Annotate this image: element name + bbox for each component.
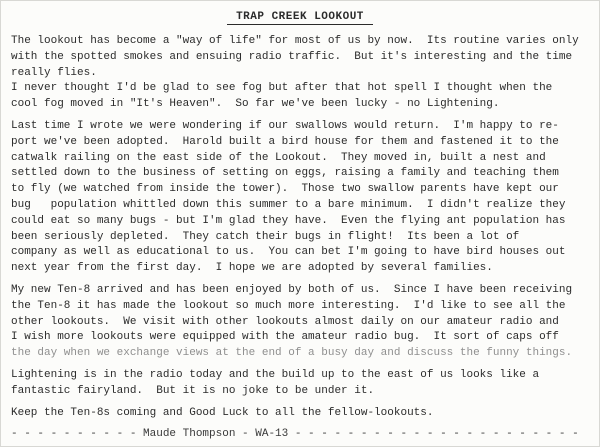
text-line: bug population whittled down this summer… (11, 198, 589, 214)
paragraph: Lightening is in the radio today and the… (11, 368, 589, 400)
paragraph: Keep the Ten-8s coming and Good Luck to … (11, 406, 589, 422)
signature-line: - - - - - - - - - - Maude Thompson - WA-… (11, 427, 589, 443)
text-line: I wish more lookouts were equipped with … (11, 330, 589, 346)
text-line: Last time I wrote we were wondering if o… (11, 119, 589, 135)
text-line: really flies. (11, 66, 589, 82)
title-row: TRAP CREEK LOOKOUT (11, 11, 589, 25)
text-line: could eat so many bugs - but I'm glad th… (11, 214, 589, 230)
paragraph: I never thought I'd be glad to see fog b… (11, 81, 589, 113)
text-line: fantastic fairyland. But it is no joke t… (11, 384, 589, 400)
paragraph: The lookout has become a "way of life" f… (11, 34, 589, 81)
text-line: the day when we exchange views at the en… (11, 346, 589, 362)
text-line: the Ten-8 it has made the lookout so muc… (11, 299, 589, 315)
document-page: TRAP CREEK LOOKOUT The lookout has becom… (0, 0, 600, 447)
text-line: cool fog moved in "It's Heaven". So far … (11, 97, 589, 113)
text-line: been seriously depleted. They catch thei… (11, 230, 589, 246)
text-line: other lookouts. We visit with other look… (11, 315, 589, 331)
paragraph: My new Ten-8 arrived and has been enjoye… (11, 283, 589, 362)
text-line: Keep the Ten-8s coming and Good Luck to … (11, 406, 589, 422)
text-line: with the spotted smokes and ensuing radi… (11, 50, 589, 66)
text-line: to fly (we watched from inside the tower… (11, 182, 589, 198)
text-line: next year from the first day. I hope we … (11, 261, 589, 277)
document-title: TRAP CREEK LOOKOUT (227, 11, 373, 25)
text-line: catwalk railing on the east side of the … (11, 151, 589, 167)
text-line: My new Ten-8 arrived and has been enjoye… (11, 283, 589, 299)
text-line: settled down to the business of setting … (11, 166, 589, 182)
text-line: The lookout has become a "way of life" f… (11, 34, 589, 50)
text-line: I never thought I'd be glad to see fog b… (11, 81, 589, 97)
document-body: The lookout has become a "way of life" f… (11, 34, 589, 421)
text-line: company as well as educational to us. Yo… (11, 245, 589, 261)
paragraph: Last time I wrote we were wondering if o… (11, 119, 589, 277)
text-line: Lightening is in the radio today and the… (11, 368, 589, 384)
text-line: port we've been adopted. Harold built a … (11, 135, 589, 151)
